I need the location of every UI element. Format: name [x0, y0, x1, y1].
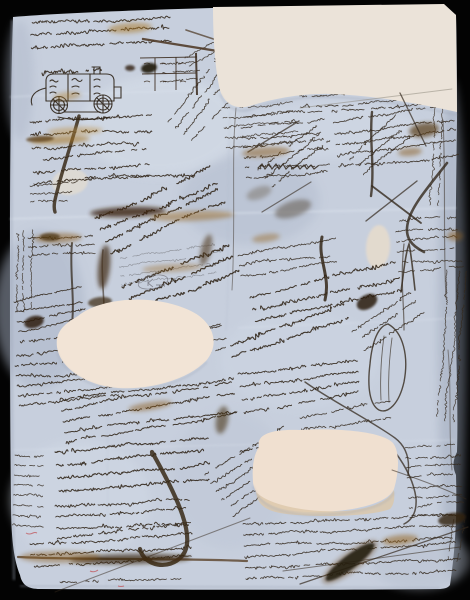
ink-stain	[125, 65, 135, 71]
ink-stain	[40, 233, 60, 241]
pasted-patch-bottom	[253, 429, 398, 512]
manuscript-artwork-svg	[0, 0, 470, 600]
red-mark	[118, 586, 124, 587]
ink-stain	[20, 551, 100, 563]
ink-stain	[447, 231, 463, 241]
manuscript-photo	[0, 0, 470, 600]
photo-stage	[0, 0, 470, 600]
